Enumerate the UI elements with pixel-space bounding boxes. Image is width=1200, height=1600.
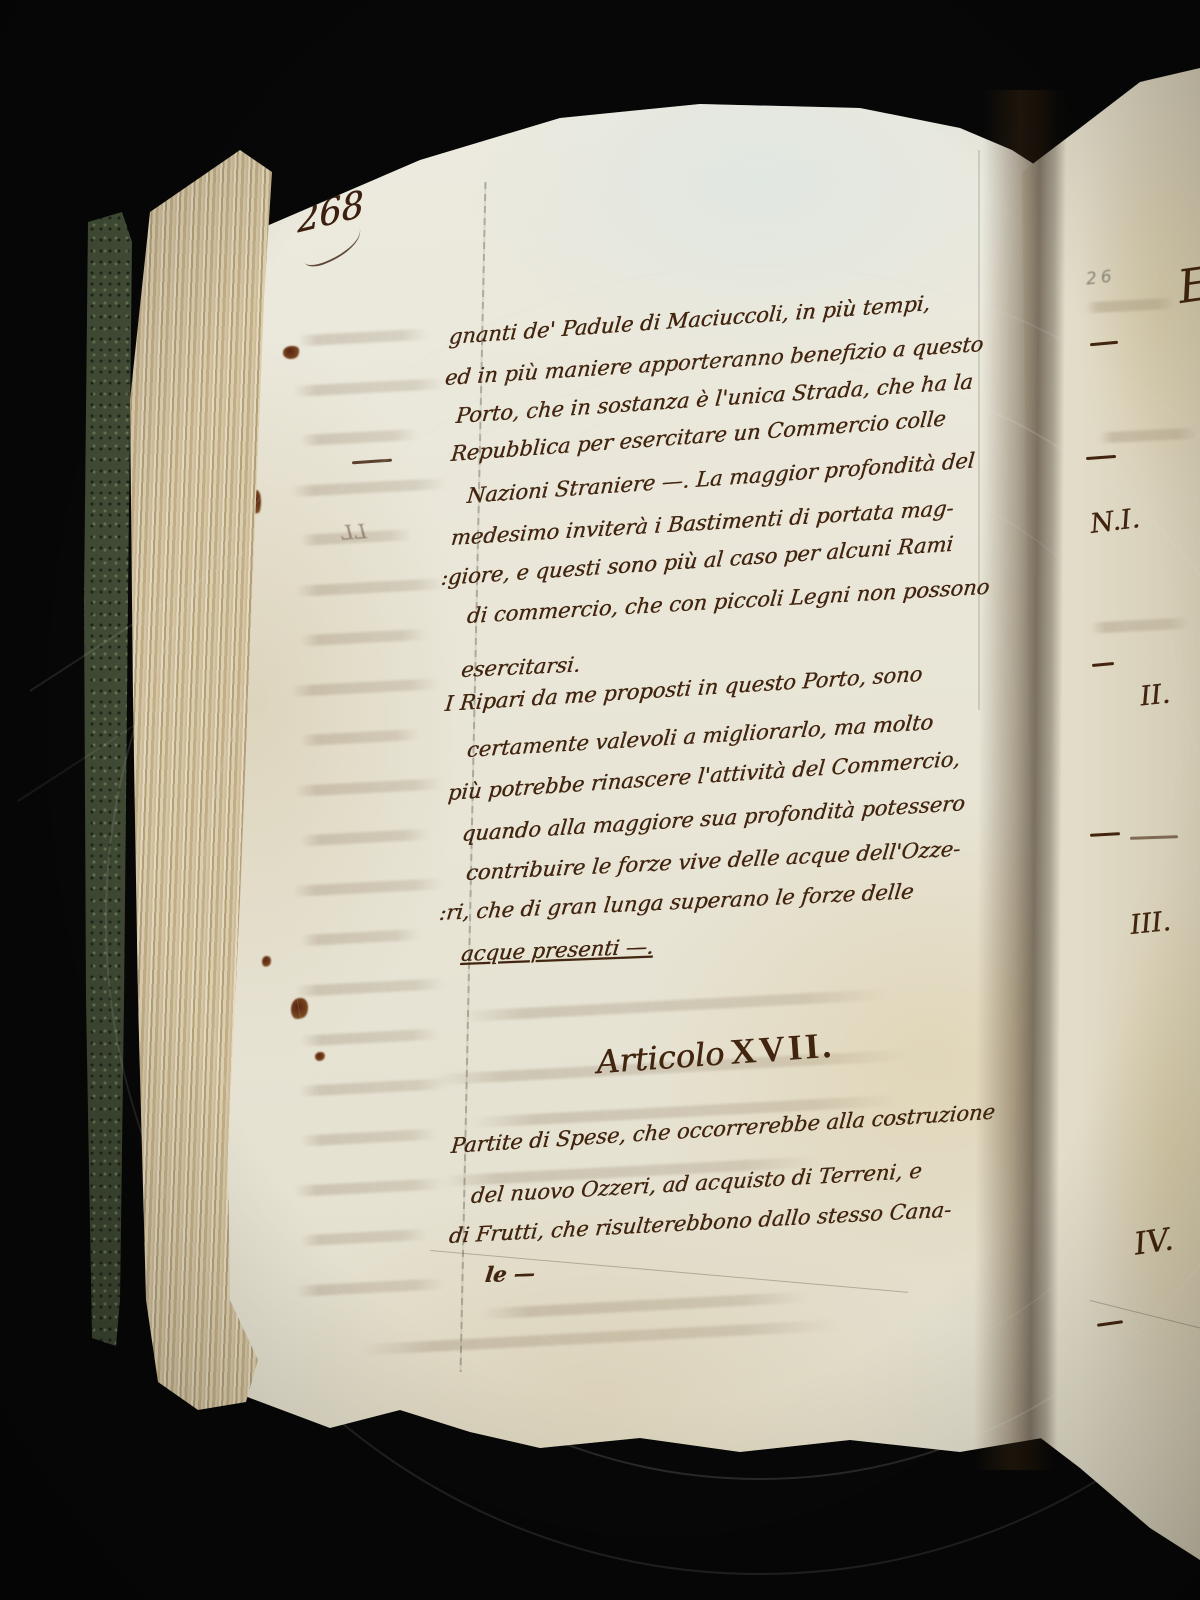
bleedthrough-smudge <box>300 829 430 847</box>
bleedthrough-smudge <box>1098 427 1198 443</box>
bleedthrough-smudge <box>1090 617 1190 633</box>
ink-dash <box>1092 662 1114 667</box>
bleedthrough-smudge <box>290 678 440 697</box>
ink-dash <box>330 177 356 183</box>
pencil-annotation: 26 <box>1085 267 1117 290</box>
bleedthrough-smudge <box>300 429 418 446</box>
ink-dash <box>1086 455 1116 460</box>
bleedthrough-smudge <box>290 478 448 497</box>
bleedthrough-smudge <box>1085 298 1175 314</box>
bleedthrough-smudge <box>296 1278 444 1297</box>
ink-stain <box>283 346 300 359</box>
bleedthrough-smudge <box>300 1229 428 1247</box>
bleedthrough-smudge <box>294 1178 444 1197</box>
list-marker: IV. <box>1132 1221 1176 1262</box>
bleedthrough-smudge <box>294 778 444 797</box>
ink-dash <box>1097 1320 1123 1327</box>
ink-dash <box>1090 341 1118 346</box>
list-marker: N.I. <box>1088 503 1141 540</box>
bleedthrough-smudge <box>480 1291 810 1319</box>
manuscript-photo: 268 LL gnanti de' Padule di Maciuccoli, … <box>0 0 1200 1600</box>
bleedthrough-smudge <box>300 1128 438 1146</box>
bleedthrough-smudge <box>300 929 420 946</box>
manuscript-line: di Frutti, che risulterebbono dallo stes… <box>448 1200 952 1247</box>
ink-stain <box>315 1052 325 1061</box>
bleedthrough-smudge <box>293 378 445 397</box>
list-marker: III. <box>1128 906 1172 941</box>
ink-dash <box>352 459 392 465</box>
bleedthrough-smudge <box>360 1319 840 1355</box>
ink-stain <box>262 956 271 967</box>
bleedthrough-smudge <box>300 1028 440 1046</box>
manuscript-line: esercitarsi. <box>460 654 582 681</box>
manuscript-line: le — <box>484 1262 536 1285</box>
article-heading: ArticoloXVII. <box>595 1024 836 1083</box>
article-heading-word: Articolo <box>595 1034 726 1081</box>
ink-dash <box>1090 832 1120 837</box>
bleedthrough-smudge <box>300 629 428 647</box>
initial-letter: E <box>1174 256 1200 314</box>
manuscript-line: contribuire le forze vive delle acque de… <box>465 839 961 884</box>
ink-stain <box>291 998 308 1020</box>
bleedthrough-smudge <box>298 329 428 347</box>
manuscript-line: quando alla maggiore sua profondità pote… <box>461 793 966 845</box>
gutter-shadow <box>973 90 1067 1471</box>
bleedthrough-smudge <box>295 978 445 997</box>
manuscript-line: acque presenti —. <box>460 936 655 965</box>
article-heading-numeral: XVII. <box>729 1025 836 1072</box>
bleedthrough-smudge <box>292 878 444 897</box>
bleedthrough-smudge <box>460 989 890 1022</box>
bleedthrough-smudge <box>298 1078 448 1097</box>
ink-dash <box>1130 835 1178 840</box>
manuscript-line: :ri, che di gran lunga superano le forze… <box>438 881 915 924</box>
manuscript-line: di commercio, che con piccoli Legni non … <box>466 577 990 627</box>
bleedthrough-smudge <box>295 578 445 597</box>
list-marker: II. <box>1138 679 1171 713</box>
bleedthrough-smudge <box>300 729 420 746</box>
margin-bleed-mark: LL <box>339 519 367 545</box>
